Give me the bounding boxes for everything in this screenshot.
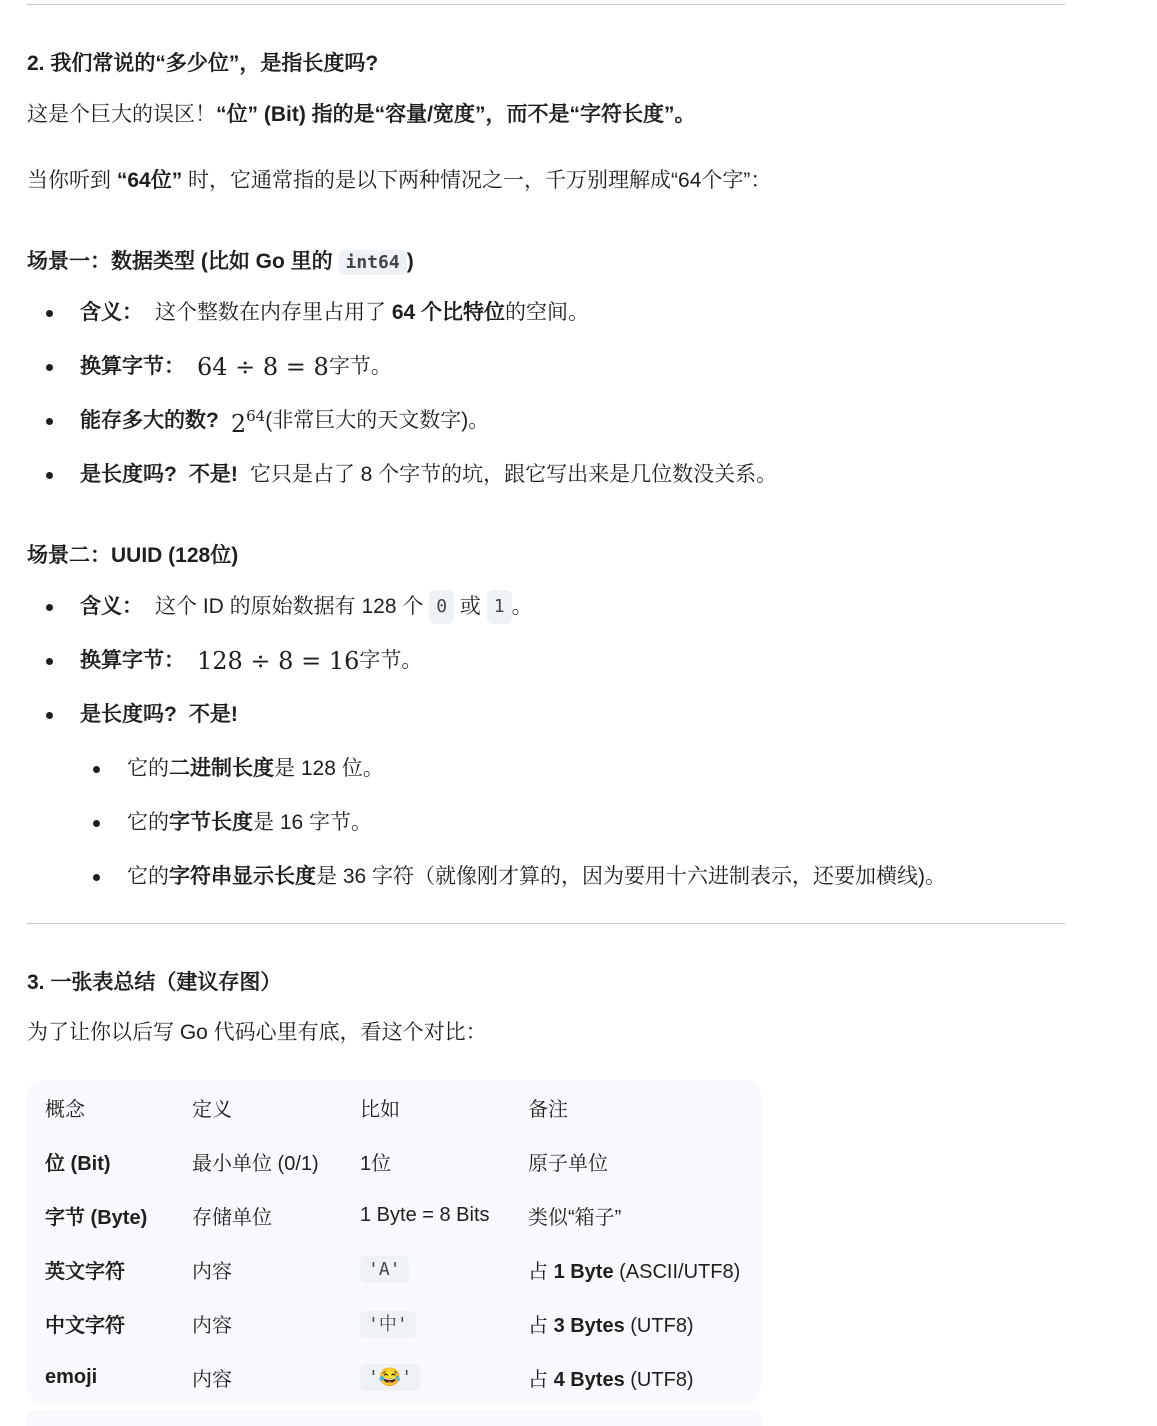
sub-list-item: 它的字符串显示长度是 36 字符（就像刚才算的，因为要用十六进制表示，还要加横线… — [27, 850, 1065, 904]
item-text-suffix: 它只是占了 8 个字节的坑，跟它写出来是几位数没关系。 — [250, 460, 777, 490]
list-item: 换算字节： 128 ÷ 8 = 16 字节。 — [27, 634, 1065, 688]
list-item: 能存多大的数? 264 (非常巨大的天文数字)。 — [27, 394, 1065, 448]
table-header-row: 概念 定义 比如 备注 — [27, 1080, 761, 1134]
header-concept: 概念 — [27, 1080, 192, 1134]
cell-concept: 字节 (Byte) — [27, 1188, 192, 1242]
math-power: 264 — [231, 403, 265, 439]
lead-bold: “64位” — [117, 169, 182, 192]
cell-definition: 内容 — [192, 1242, 360, 1296]
section-3-title: 3. 一张表总结（建议存图） — [27, 968, 281, 998]
section-3-intro: 为了让你以后写 Go 代码心里有底，看这个对比： — [27, 1018, 487, 1048]
section-2-title: 2. 我们常说的“多少位”，是指长度吗? — [27, 49, 1065, 79]
item-text: 这个整数在内存里占用了 — [155, 298, 386, 328]
table-row: 英文字符 内容 'A' 占 1 Byte (ASCII/UTF8) — [27, 1242, 761, 1296]
item-text-mid: 或 — [454, 592, 487, 622]
note-bold: 1 Byte — [554, 1261, 614, 1283]
subitem-bold: 二进制长度 — [169, 754, 274, 784]
cell-note: 占 3 Bytes (UTF8) — [528, 1296, 761, 1350]
header-definition: 定义 — [192, 1080, 360, 1134]
subitem-suffix: 是 128 位。 — [274, 754, 384, 784]
cell-example: 'A' — [360, 1242, 528, 1296]
item-label: 是长度吗? — [80, 460, 177, 490]
cell-concept: 位 (Bit) — [27, 1134, 192, 1188]
inline-code-example: 'A' — [360, 1256, 409, 1283]
cell-definition: 内容 — [192, 1296, 360, 1350]
math-base: 2 — [231, 410, 246, 438]
cell-definition: 最小单位 (0/1) — [192, 1134, 360, 1188]
inline-code-int64: int64 — [339, 250, 407, 275]
item-label: 换算字节： — [80, 646, 185, 676]
table-footer-bar — [27, 1410, 761, 1426]
cell-note: 原子单位 — [528, 1134, 761, 1188]
scenario-2-title: 场景二：UUID (128位) — [27, 541, 238, 571]
item-text-suffix: 。 — [512, 592, 533, 622]
table-row: 字节 (Byte) 存储单位 1 Byte = 8 Bits 类似“箱子” — [27, 1188, 761, 1242]
list-item: 换算字节： 64 ÷ 8 = 8 字节。 — [27, 340, 1065, 394]
math-exponent: 64 — [246, 407, 265, 425]
summary-table-card: 概念 定义 比如 备注 位 (Bit) 最小单位 (0/1) 1位 原子单位 字… — [27, 1080, 761, 1404]
cell-concept: 英文字符 — [27, 1242, 192, 1296]
math-expression: 128 ÷ 8 = 16 — [197, 646, 359, 676]
note-suffix: (ASCII/UTF8) — [614, 1261, 741, 1283]
scenario-2-list: 含义： 这个 ID 的原始数据有 128 个 0 或 1。 换算字节： 128 … — [27, 580, 1065, 742]
lead-suffix: 时，它通常指的是以下两种情况之一，千万别理解成“64个字”： — [182, 169, 771, 192]
note-prefix: 占 — [528, 1369, 554, 1391]
cell-note: 占 4 Bytes (UTF8) — [528, 1350, 761, 1404]
section-2-lead: 当你听到 “64位” 时，它通常指的是以下两种情况之一，千万别理解成“64个字”… — [27, 166, 771, 196]
table-row: 位 (Bit) 最小单位 (0/1) 1位 原子单位 — [27, 1134, 761, 1188]
sub-list-item: 它的字节长度是 16 字节。 — [27, 796, 1065, 850]
note-prefix: 占 — [528, 1315, 554, 1337]
cell-concept: emoji — [27, 1350, 192, 1404]
item-text: 这个 ID 的原始数据有 128 个 — [155, 592, 423, 622]
inline-code-example: '😂' — [360, 1364, 420, 1391]
note-text: 原子单位 — [528, 1153, 608, 1175]
item-text-suffix: (非常巨大的天文数字)。 — [265, 406, 489, 436]
lead-prefix: 当你听到 — [27, 169, 117, 192]
header-example: 比如 — [360, 1080, 528, 1134]
cell-note: 占 1 Byte (ASCII/UTF8) — [528, 1242, 761, 1296]
item-text-suffix: 的空间。 — [505, 298, 589, 328]
header-note: 备注 — [528, 1080, 761, 1134]
intro-bold: “位” (Bit) 指的是“容量/宽度”，而不是“字符长度”。 — [216, 103, 695, 126]
item-label: 含义： — [80, 298, 143, 328]
cell-definition: 存储单位 — [192, 1188, 360, 1242]
scenario-1-title-text: 场景一：数据类型 (比如 Go 里的 — [27, 250, 339, 273]
cell-concept: 中文字符 — [27, 1296, 192, 1350]
subitem-prefix: 它的 — [127, 808, 169, 838]
subitem-prefix: 它的 — [127, 862, 169, 892]
item-label: 能存多大的数? — [80, 406, 219, 436]
list-item: 是长度吗? 不是! 它只是占了 8 个字节的坑，跟它写出来是几位数没关系。 — [27, 448, 1065, 502]
scenario-1-title-suffix: ) — [407, 250, 414, 273]
note-suffix: (UTF8) — [625, 1369, 694, 1391]
cell-example: 1 Byte = 8 Bits — [360, 1188, 528, 1242]
section-2-intro: 这是个巨大的误区！“位” (Bit) 指的是“容量/宽度”，而不是“字符长度”。 — [27, 100, 695, 130]
table-row: emoji 内容 '😂' 占 4 Bytes (UTF8) — [27, 1350, 761, 1404]
summary-table: 概念 定义 比如 备注 位 (Bit) 最小单位 (0/1) 1位 原子单位 字… — [27, 1080, 761, 1404]
cell-note: 类似“箱子” — [528, 1188, 761, 1242]
item-label-answer: 不是! — [189, 460, 238, 490]
scenario-1-title: 场景一：数据类型 (比如 Go 里的 int64) — [27, 247, 414, 278]
note-suffix: (UTF8) — [625, 1315, 694, 1337]
subitem-suffix: 是 36 字符（就像刚才算的，因为要用十六进制表示，还要加横线)。 — [316, 862, 946, 892]
cell-definition: 内容 — [192, 1350, 360, 1404]
list-item: 是长度吗? 不是! — [27, 688, 1065, 742]
item-label: 换算字节： — [80, 352, 185, 382]
subitem-suffix: 是 16 字节。 — [253, 808, 372, 838]
note-bold: 3 Bytes — [554, 1315, 625, 1337]
subitem-bold: 字符串显示长度 — [169, 862, 316, 892]
item-label-answer: 不是! — [189, 700, 238, 730]
cell-example: '中' — [360, 1296, 528, 1350]
section-divider — [27, 923, 1065, 924]
math-expression: 64 ÷ 8 = 8 — [197, 352, 329, 382]
list-item: 含义： 这个整数在内存里占用了 64 个比特位 的空间。 — [27, 286, 1065, 340]
item-bold: 64 个比特位 — [392, 298, 505, 328]
inline-code-zero: 0 — [429, 590, 454, 624]
cell-example: 1位 — [360, 1134, 528, 1188]
intro-text: 这是个巨大的误区！ — [27, 103, 216, 126]
item-label: 含义： — [80, 592, 143, 622]
sub-list-item: 它的二进制长度是 128 位。 — [27, 742, 1065, 796]
note-text: 类似“箱子” — [528, 1207, 621, 1229]
note-bold: 4 Bytes — [554, 1369, 625, 1391]
subitem-bold: 字节长度 — [169, 808, 253, 838]
table-row: 中文字符 内容 '中' 占 3 Bytes (UTF8) — [27, 1296, 761, 1350]
inline-code-example: '中' — [360, 1311, 416, 1338]
list-item: 含义： 这个 ID 的原始数据有 128 个 0 或 1。 — [27, 580, 1065, 634]
scenario-1-list: 含义： 这个整数在内存里占用了 64 个比特位 的空间。 换算字节： 64 ÷ … — [27, 286, 1065, 502]
note-prefix: 占 — [528, 1261, 554, 1283]
item-text-suffix: 字节。 — [359, 646, 422, 676]
section-divider — [27, 4, 1065, 5]
scenario-2-sublist: 它的二进制长度是 128 位。 它的字节长度是 16 字节。 它的字符串显示长度… — [27, 742, 1065, 904]
item-text-suffix: 字节。 — [329, 352, 392, 382]
section-2: 2. 我们常说的“多少位”，是指长度吗? — [27, 49, 1065, 79]
cell-example: '😂' — [360, 1350, 528, 1404]
inline-code-one: 1 — [487, 590, 512, 624]
item-label: 是长度吗? — [80, 700, 177, 730]
subitem-prefix: 它的 — [127, 754, 169, 784]
